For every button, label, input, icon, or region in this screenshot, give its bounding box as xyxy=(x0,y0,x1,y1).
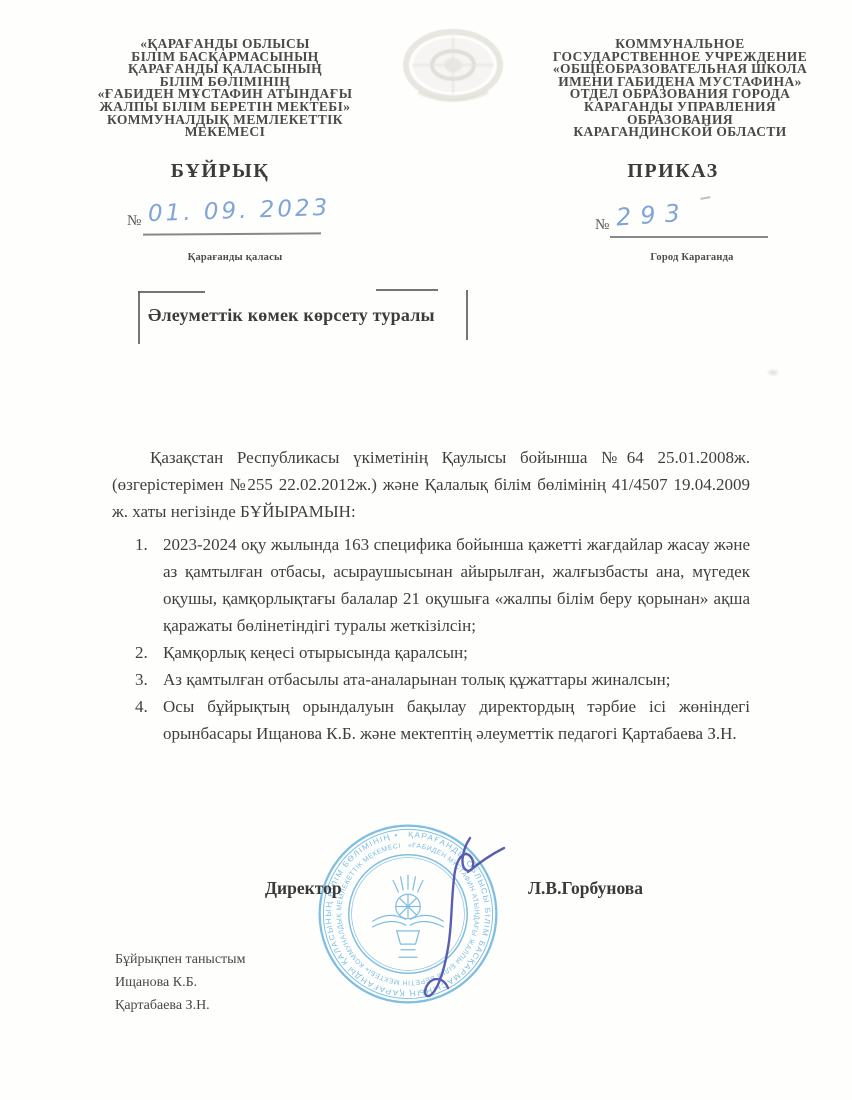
border-line xyxy=(138,291,205,293)
item-number: 1. xyxy=(135,531,163,639)
scan-artifact xyxy=(766,368,780,377)
state-emblem-faint-icon xyxy=(398,28,508,110)
letterhead-line: МЕКЕМЕСІ xyxy=(60,126,390,139)
letterhead-kazakh: «ҚАРАҒАНДЫ ОБЛЫСЫ БІЛІМ БАСҚАРМАСЫНЫҢ ҚА… xyxy=(60,38,390,139)
signatory-name: Л.В.Горбунова xyxy=(528,878,643,899)
number-sign-russian: № xyxy=(595,217,609,234)
director-signature xyxy=(408,826,528,1012)
item-text: 2023-2024 оқу жылында 163 специфика бойы… xyxy=(163,531,750,639)
scan-artifact xyxy=(699,191,710,200)
order-body: Қазақстан Республикасы үкіметінің Қаулыс… xyxy=(112,444,750,747)
order-items: 1. 2023-2024 оқу жылында 163 специфика б… xyxy=(112,531,750,747)
handwritten-date: 01. 09. 2023 xyxy=(148,195,331,227)
order-preamble: Қазақстан Республикасы үкіметінің Қаулыс… xyxy=(112,444,750,525)
ack-line: Қартабаева З.Н. xyxy=(115,994,245,1017)
signatory-role: Директор xyxy=(265,878,342,899)
item-text: Аз қамтылған отбасылы ата-аналарынан тол… xyxy=(163,666,750,693)
order-item: 4. Осы бұйрықтың орындалуын бақылау дире… xyxy=(112,693,750,747)
handwritten-order-number: 293 xyxy=(615,198,690,231)
item-text: Осы бұйрықтың орындалуын бақылау директо… xyxy=(163,693,750,747)
order-item: 1. 2023-2024 оқу жылында 163 специфика б… xyxy=(112,531,750,639)
number-underline xyxy=(143,232,321,235)
number-sign-kazakh: № xyxy=(127,213,141,230)
city-label-russian: Город Караганда xyxy=(592,252,792,263)
border-line xyxy=(138,291,140,344)
number-underline xyxy=(610,236,768,238)
item-number: 2. xyxy=(135,639,163,666)
order-subject: Әлеуметтік көмек көрсету туралы xyxy=(148,305,435,326)
city-label-kazakh: Қарағанды қаласы xyxy=(135,252,335,263)
border-line xyxy=(466,290,468,340)
item-text: Қамқорлық кеңесі отырысында қаралсын; xyxy=(163,639,750,666)
order-title-kazakh: БҰЙРЫҚ xyxy=(120,160,320,183)
acknowledgement-block: Бұйрықпен таныстым Ищанова К.Б. Қартабае… xyxy=(115,948,245,1017)
order-title-russian: ПРИКАЗ xyxy=(573,160,773,183)
letterhead-line: КАРАГАНДИНСКОЙ ОБЛАСТИ xyxy=(518,126,842,139)
subject-box: Әлеуметтік көмек көрсету туралы xyxy=(138,288,468,344)
order-item: 3. Аз қамтылған отбасылы ата-аналарынан … xyxy=(112,666,750,693)
ack-line: Ищанова К.Б. xyxy=(115,971,245,994)
item-number: 4. xyxy=(135,693,163,747)
letterhead-russian: КОММУНАЛЬНОЕ ГОСУДАРСТВЕННОЕ УЧРЕЖДЕНИЕ … xyxy=(518,38,842,139)
item-number: 3. xyxy=(135,666,163,693)
order-item: 2. Қамқорлық кеңесі отырысында қаралсын; xyxy=(112,639,750,666)
scanned-order-document: «ҚАРАҒАНДЫ ОБЛЫСЫ БІЛІМ БАСҚАРМАСЫНЫҢ ҚА… xyxy=(0,0,852,1100)
ack-line: Бұйрықпен таныстым xyxy=(115,948,245,971)
border-line xyxy=(376,289,438,291)
